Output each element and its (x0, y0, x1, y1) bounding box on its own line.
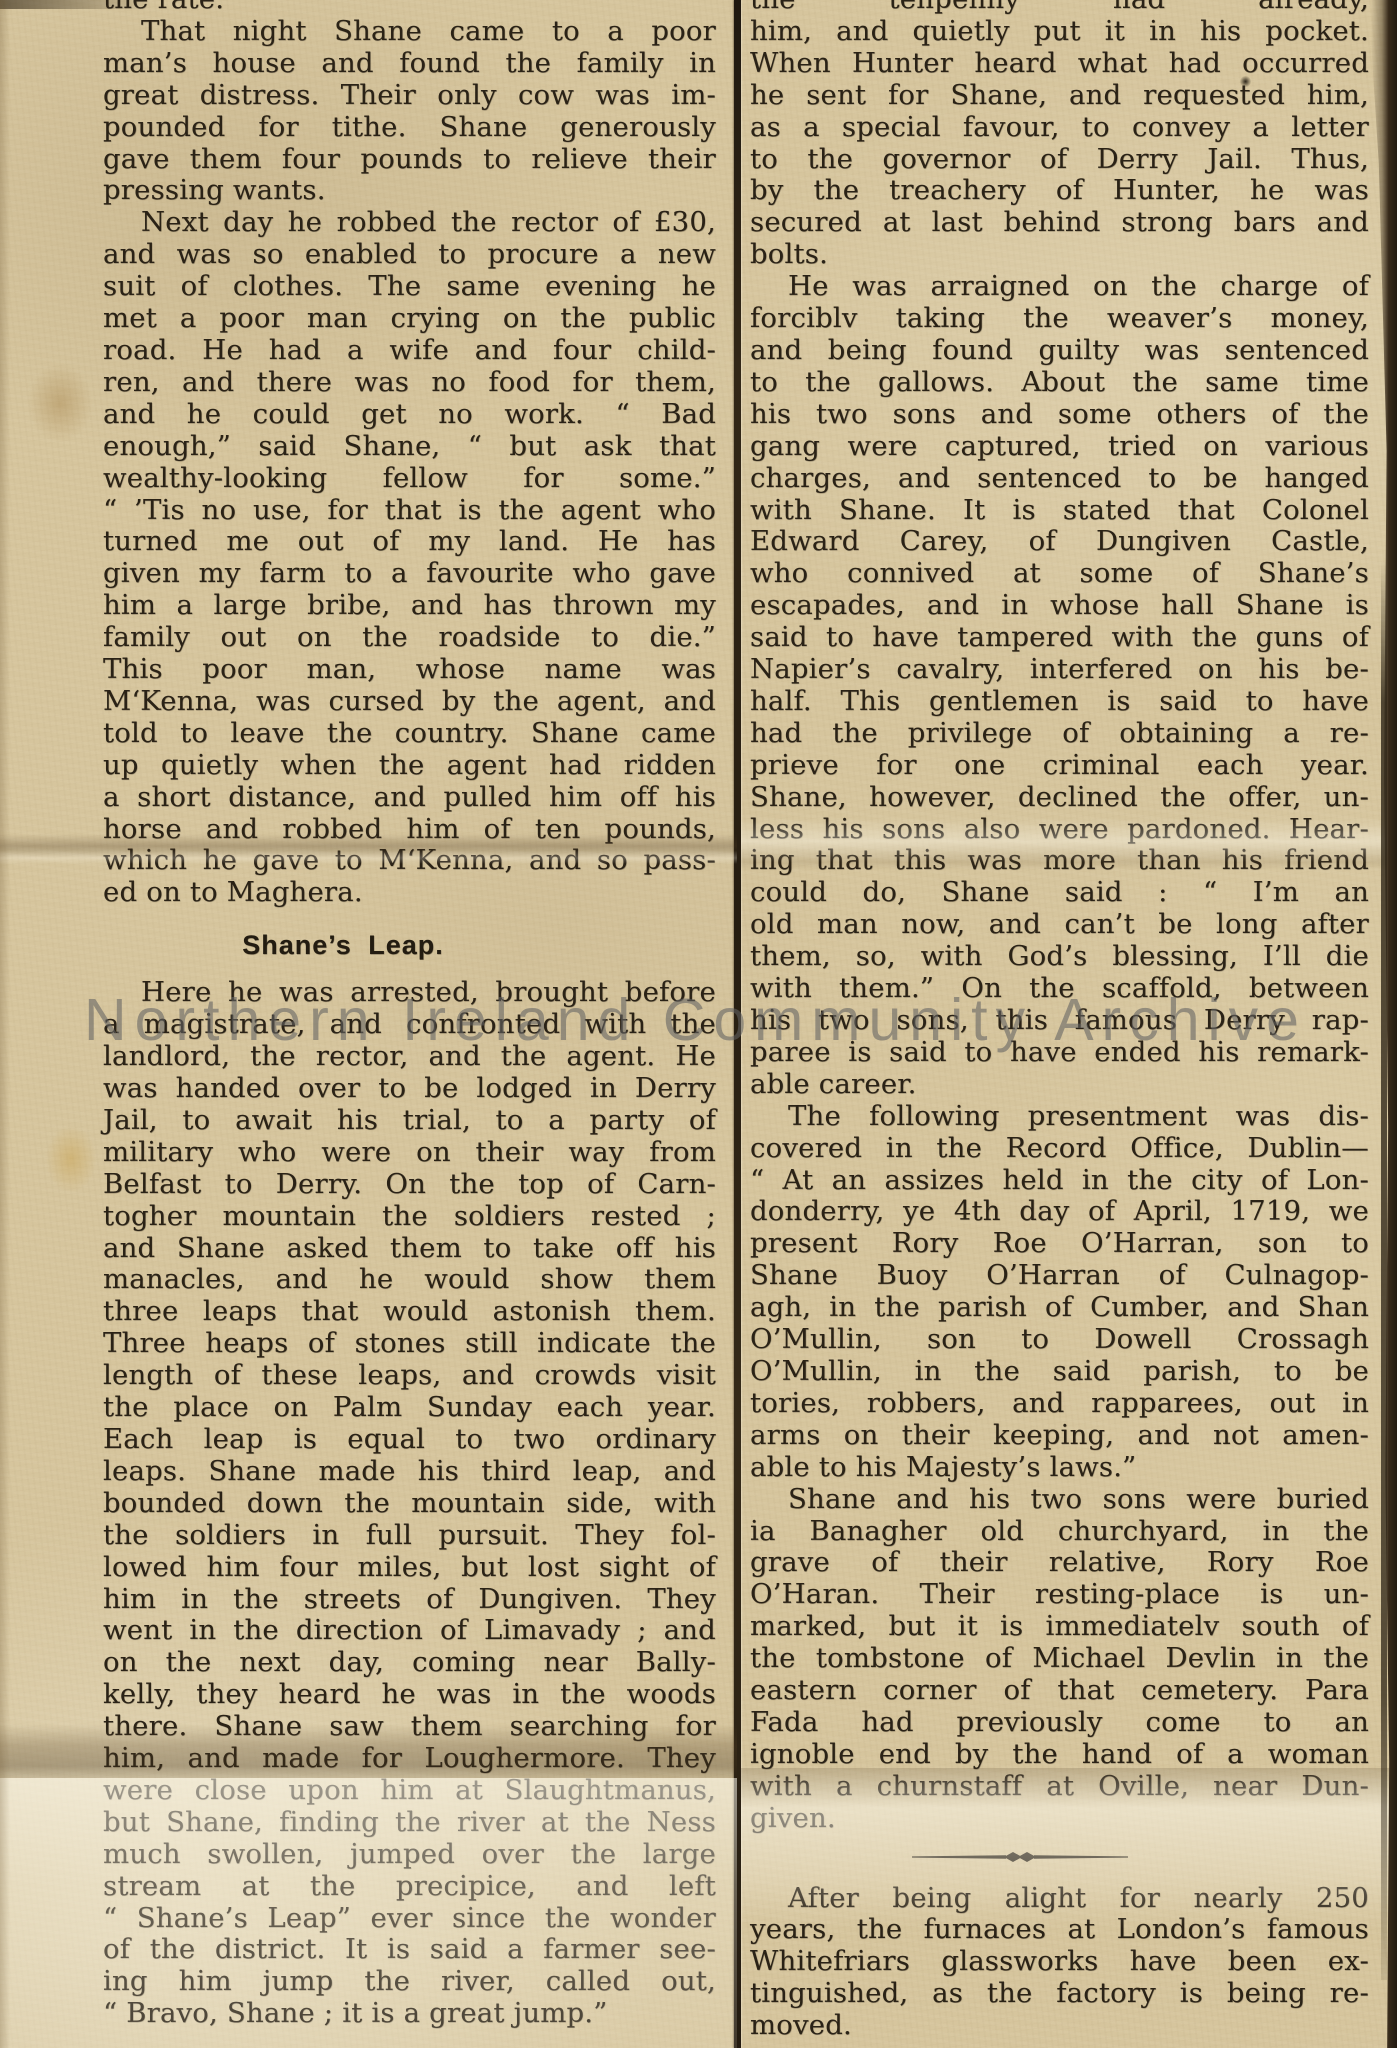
text-line: went in the direction of Limavady ; and (103, 1615, 716, 1647)
text-line: could do, Shane said : “ I’m an (750, 877, 1369, 909)
text-line: When Hunter heard what had occurred (750, 48, 1369, 80)
text-line: pressing wants. (103, 175, 716, 207)
text-line: who connived at some of Shane’s (750, 558, 1369, 590)
text-line: bounded down the mountain side, with (103, 1488, 716, 1520)
text-line: togher mountain the soldiers rested ; (103, 1201, 716, 1233)
text-line: the place on Palm Sunday each year. (103, 1392, 716, 1424)
text-line: there. Shane saw them searching for (103, 1711, 716, 1743)
text-line: O’Mullin, son to Dowell Crossagh (750, 1324, 1369, 1356)
text-line: up quietly when the agent had ridden (103, 750, 716, 782)
text-line: the rate. (103, 0, 716, 16)
text-line: to the gallows. About the same time (750, 367, 1369, 399)
text-line: said to have tampered with the guns of (750, 622, 1369, 654)
text-line: charges, and sentenced to be hanged (750, 463, 1369, 495)
text-line: agh, in the parish of Cumber, and Shan (750, 1292, 1369, 1324)
text-line: Jail, to await his trial, to a party of (103, 1105, 716, 1137)
text-line: as a special favour, to convey a letter (750, 112, 1369, 144)
left-column-lines-bottom: Here he was arrested, brought beforea ma… (103, 977, 716, 2030)
text-line: Next day he robbed the rector of £30, (103, 207, 716, 239)
text-line: with Shane. It is stated that Colonel (750, 495, 1369, 527)
right-column-lines-top: the tenpenny had already,him, and quietl… (750, 0, 1369, 1835)
text-line: wealthy-looking fellow for some.” (103, 463, 716, 495)
text-line: military who were on their way from (103, 1137, 716, 1169)
text-line: to the governor of Derry Jail. Thus, (750, 144, 1369, 176)
text-line: the soldiers in full pursuit. They fol- (103, 1520, 716, 1552)
text-line: told to leave the country. Shane came (103, 718, 716, 750)
text-line: This poor man, whose name was (103, 654, 716, 686)
text-line: him in the streets of Dungiven. They (103, 1584, 716, 1616)
text-line: and was so enabled to procure a new (103, 239, 716, 271)
text-line: “ ’Tis no use, for that is the agent who (103, 495, 716, 527)
text-line: road. He had a wife and four child- (103, 335, 716, 367)
text-line: half. This gentlemen is said to have (750, 686, 1369, 718)
text-line: Napier’s cavalry, interfered on his be- (750, 654, 1369, 686)
text-line: present Rory Roe O’Harran, son to (750, 1228, 1369, 1260)
text-line: escapades, and in whose hall Shane is (750, 590, 1369, 622)
text-line: “ Shane’s Leap” ever since the wonder (103, 1903, 716, 1935)
section-heading: Shane’s Leap. (103, 930, 583, 961)
text-line: gang were captured, tried on various (750, 431, 1369, 463)
text-line: him a large bribe, and has thrown my (103, 590, 716, 622)
text-line: ignoble end by the hand of a woman (750, 1739, 1369, 1771)
text-line: covered in the Record Office, Dublin— (750, 1133, 1369, 1165)
text-line: great distress. Their only cow was im- (103, 80, 716, 112)
text-line: by the treachery of Hunter, he was (750, 175, 1369, 207)
text-line: with a churnstaff at Oville, near Dun- (750, 1771, 1369, 1803)
text-line: a short distance, and pulled him off his (103, 782, 716, 814)
text-line: given my farm to a favourite who gave (103, 558, 716, 590)
text-line: able to his Majesty’s laws.” (750, 1452, 1369, 1484)
text-line: them, so, with God’s blessing, I’ll die (750, 941, 1369, 973)
text-line: arms on their keeping, and not amen- (750, 1420, 1369, 1452)
text-line: Belfast to Derry. On the top of Carn- (103, 1169, 716, 1201)
text-line: horse and robbed him of ten pounds, (103, 814, 716, 846)
text-line: met a poor man crying on the public (103, 303, 716, 335)
left-column-lines-top: the rate.That night Shane came to a poor… (103, 0, 716, 909)
torn-edge-line (1381, 560, 1387, 1980)
text-line: and being found guilty was sentenced (750, 335, 1369, 367)
text-line: grave of their relative, Rory Roe (750, 1547, 1369, 1579)
text-line: tinguished, as the factory is being re- (750, 1978, 1369, 2010)
text-line: a magistrate, and confronted with the (103, 1009, 716, 1041)
text-line: he sent for Shane, and requested him, (750, 80, 1369, 112)
text-line: the tenpenny had already, (750, 0, 1369, 16)
left-edge-shade (0, 0, 10, 2048)
text-line: tories, robbers, and rapparees, out in (750, 1388, 1369, 1420)
text-line: The following presentment was dis- (750, 1101, 1369, 1133)
text-line: paree is said to have ended his remark- (750, 1037, 1369, 1069)
divider-ornament-icon (912, 1849, 1128, 1865)
text-line: ed on to Maghera. (103, 877, 716, 909)
text-line: was handed over to be lodged in Derry (103, 1073, 716, 1105)
text-line: kelly, they heard he was in the woods (103, 1679, 716, 1711)
text-line: eastern corner of that cemetery. Para (750, 1675, 1369, 1707)
text-line: prieve for one criminal each year. (750, 750, 1369, 782)
text-line: the tombstone of Michael Devlin in the (750, 1643, 1369, 1675)
paper-stain (46, 1126, 96, 1192)
text-line: his two sons, this famous Derry rap- (750, 1005, 1369, 1037)
text-line: donderry, ye 4th day of April, 1719, we (750, 1196, 1369, 1228)
text-line: “ At an assizes held in the city of Lon- (750, 1165, 1369, 1197)
text-line: him, and quietly put it in his pocket. (750, 16, 1369, 48)
text-line: O’Mullin, in the said parish, to be (750, 1356, 1369, 1388)
text-line: but Shane, finding the river at the Ness (103, 1807, 716, 1839)
paper-stain (28, 364, 92, 442)
text-line: of the district. It is said a farmer see… (103, 1934, 716, 1966)
text-line: bolts. (750, 239, 1369, 271)
text-line: turned me out of my land. He has (103, 526, 716, 558)
text-line: had the privilege of obtaining a re- (750, 718, 1369, 750)
text-line: Each leap is equal to two ordinary (103, 1424, 716, 1456)
right-column-lines-bottom: After being alight for nearly 250years, … (750, 1883, 1369, 2043)
text-line: “ Bravo, Shane ; it is a great jump.” (103, 1998, 716, 2030)
text-line: with them.” On the scaffold, between (750, 973, 1369, 1005)
text-line: Here he was arrested, brought before (103, 977, 716, 1009)
text-line: gave them four pounds to relieve their (103, 144, 716, 176)
text-line: three leaps that would astonish them. (103, 1296, 716, 1328)
text-line: pounded for tithe. Shane generously (103, 112, 716, 144)
text-line: M‘Kenna, was cursed by the agent, and (103, 686, 716, 718)
text-line: ing that this was more than his friend (750, 845, 1369, 877)
text-line: his two sons and some others of the (750, 399, 1369, 431)
text-line: less his sons also were pardoned. Hear- (750, 814, 1369, 846)
text-line: ren, and there was no food for them, (103, 367, 716, 399)
text-line: family out on the roadside to die.” (103, 622, 716, 654)
newspaper-clipping-page: the rate.That night Shane came to a poor… (0, 0, 1397, 2048)
text-line: marked, but it is immediatelv south of (750, 1611, 1369, 1643)
text-line: Whitefriars glassworks have been ex- (750, 1946, 1369, 1978)
text-line: on the next day, coming near Bally- (103, 1647, 716, 1679)
divider-ornament (810, 1849, 1229, 1865)
text-line: moved. (750, 2010, 1369, 2042)
text-line: leaps. Shane made his third leap, and (103, 1456, 716, 1488)
text-line: landlord, the rector, and the agent. He (103, 1041, 716, 1073)
right-column: the tenpenny had already,him, and quietl… (750, 0, 1369, 2042)
text-line: years, the furnaces at London’s famous (750, 1914, 1369, 1946)
text-line: length of these leaps, and crowds visit (103, 1360, 716, 1392)
text-line: him, and made for Loughermore. They (103, 1743, 716, 1775)
text-line: Shane Buoy O’Harran of Culnagop- (750, 1260, 1369, 1292)
text-line: man’s house and found the family in (103, 48, 716, 80)
text-line: After being alight for nearly 250 (750, 1883, 1369, 1915)
text-line: lowed him four miles, but lost sight of (103, 1552, 716, 1584)
text-line: He was arraigned on the charge of (750, 271, 1369, 303)
text-line: That night Shane came to a poor (103, 16, 716, 48)
column-divider-rule (734, 0, 741, 2048)
text-line: enough,” said Shane, “ but ask that (103, 431, 716, 463)
text-line: stream at the precipice, and left (103, 1871, 716, 1903)
text-line: secured at last behind strong bars and (750, 207, 1369, 239)
text-line: given. (750, 1803, 1369, 1835)
text-line: Shane, however, declined the offer, un- (750, 782, 1369, 814)
text-line: O’Haran. Their resting-place is un- (750, 1579, 1369, 1611)
text-line: ing him jump the river, called out, (103, 1966, 716, 1998)
text-line: and Shane asked them to take off his (103, 1233, 716, 1265)
text-line: suit of clothes. The same evening he (103, 271, 716, 303)
text-line: iа Banagher old churchyard, in the (750, 1516, 1369, 1548)
text-line: able career. (750, 1069, 1369, 1101)
text-line: old man now, and can’t be long after (750, 909, 1369, 941)
text-line: Shane and his two sons were buried (750, 1484, 1369, 1516)
text-line: Edward Carey, of Dungiven Castle, (750, 526, 1369, 558)
text-line: forciblv taking the weaver’s money, (750, 303, 1369, 335)
left-column: the rate.That night Shane came to a poor… (103, 0, 716, 2030)
text-line: were close upon him at Slaughtmanus, (103, 1775, 716, 1807)
text-line: and he could get no work. “ Bad (103, 399, 716, 431)
text-line: Three heaps of stones still indicate the (103, 1328, 716, 1360)
torn-right-edge (1371, 0, 1397, 2048)
text-line: much swollen, jumped over the large (103, 1839, 716, 1871)
text-line: manacles, and he would show them (103, 1264, 716, 1296)
text-line: Fada had previously come to an (750, 1707, 1369, 1739)
text-line: which he gave to M‘Kenna, and so pass- (103, 845, 716, 877)
